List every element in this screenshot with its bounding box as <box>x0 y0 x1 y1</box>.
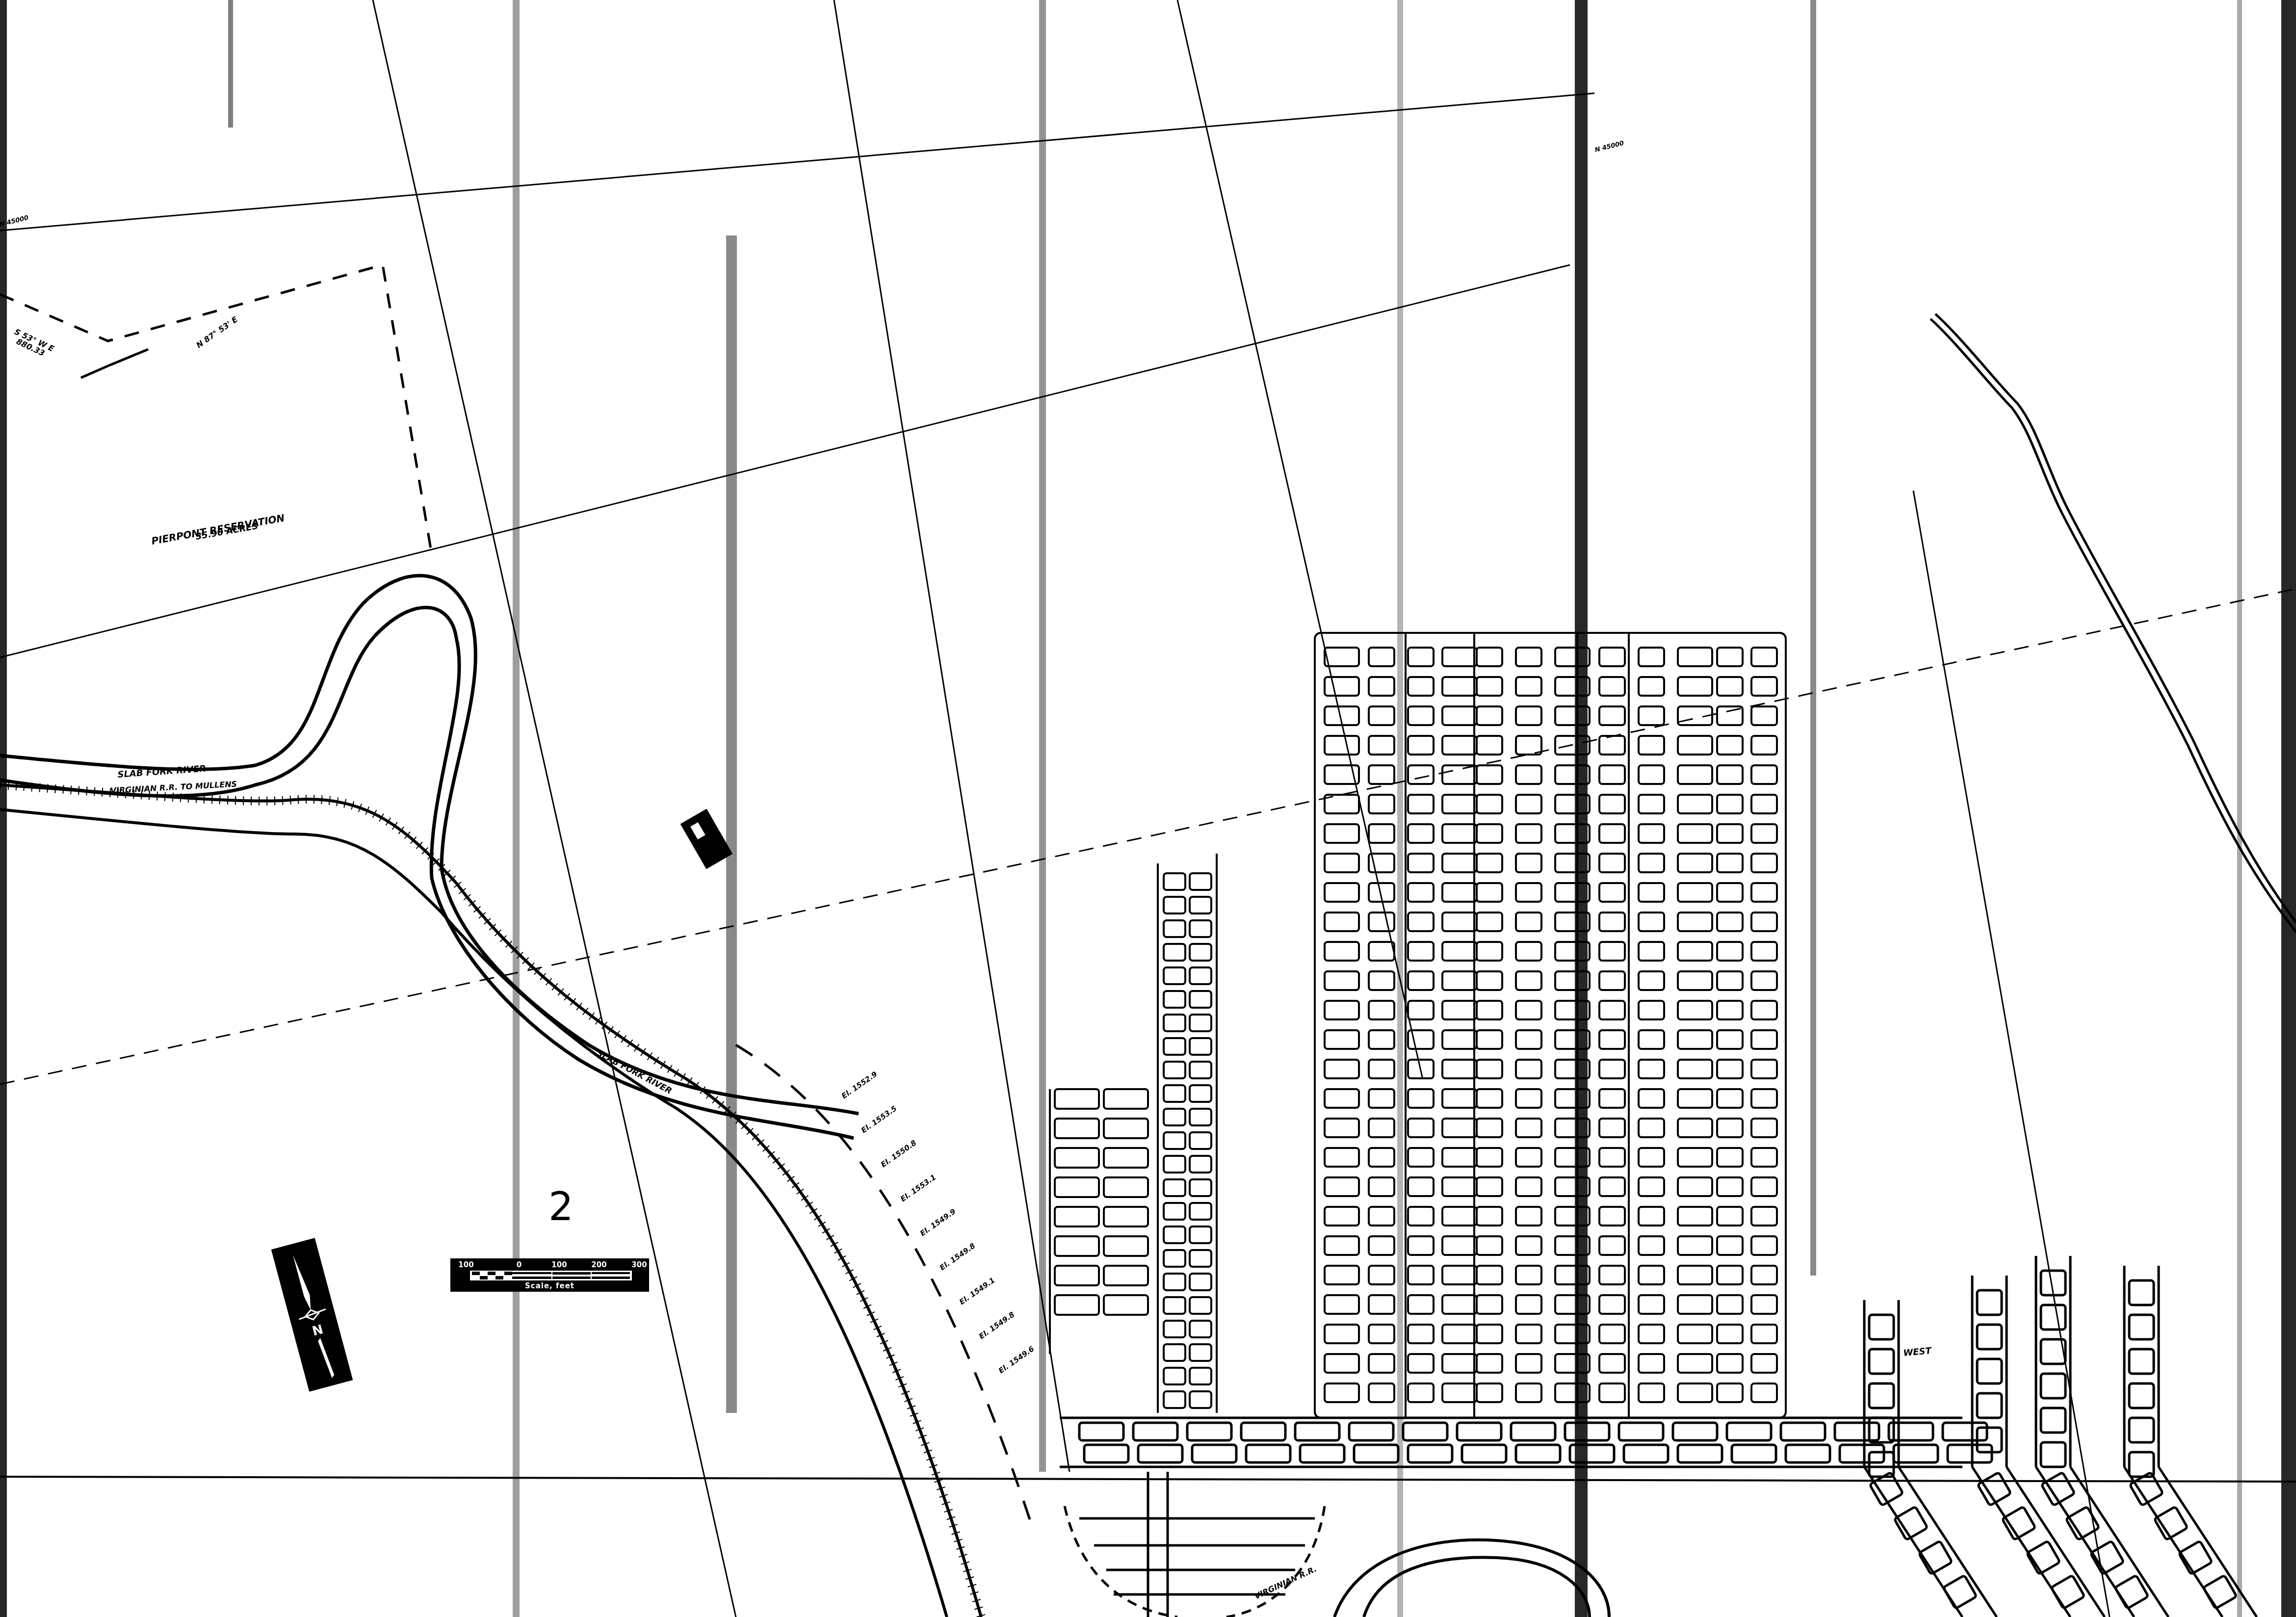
scale-tick: 200 <box>591 1260 606 1269</box>
tipple-structure <box>682 811 731 867</box>
elevation-label: El. 1549.9 <box>918 1207 957 1238</box>
elevation-label: El. 1552.9 <box>840 1069 879 1100</box>
scale-tick: 100 <box>458 1260 473 1269</box>
map-labels: PIERPONT RESERVATION 35.90 ACRES S 53° W… <box>0 140 1932 1601</box>
scale-tick: 300 <box>631 1260 647 1269</box>
scale-ticks: 100 0 100 200 300 <box>450 1260 649 1269</box>
projected-layout <box>1065 1472 1325 1617</box>
sheet-number: 2 <box>548 1187 574 1226</box>
west-entry-label: WEST <box>1903 1346 1933 1358</box>
scale-bar-graphic <box>470 1271 632 1280</box>
river-label-2: SLAB FORK RIVER <box>595 1048 674 1096</box>
river-lower-loop <box>1334 1540 1609 1617</box>
elevation-label: El. 1549.6 <box>997 1344 1036 1375</box>
scale-tick: 100 <box>551 1260 567 1269</box>
scale-bar: 100 0 100 200 300 Scale, feet <box>450 1258 649 1292</box>
elevation-label: El. 1549.8 <box>977 1310 1016 1341</box>
elevation-label: El. 1550.8 <box>879 1138 918 1169</box>
elevation-labels: El. 1552.9El. 1553.5El. 1550.8El. 1553.1… <box>840 1069 1036 1375</box>
scale-unit-label: Scale, feet <box>450 1281 649 1290</box>
north-label: N <box>311 1322 325 1339</box>
pierpont-reservation-boundary <box>0 265 432 554</box>
elevation-label: El. 1549.1 <box>958 1276 996 1306</box>
elevation-label: El. 1549.8 <box>938 1241 977 1272</box>
mine-workings-right-diagonal <box>1864 1256 2257 1617</box>
elevation-label: El. 1553.5 <box>860 1104 898 1135</box>
elevation-label: El. 1553.1 <box>899 1173 938 1203</box>
scale-tick: 0 <box>517 1260 522 1269</box>
main-haulage-entries <box>1060 1418 1992 1467</box>
bearing-label-2: N 87° 53' E <box>194 314 239 350</box>
mine-workings-left <box>1050 854 1217 1413</box>
coordinate-label-right: N 45000 <box>1594 140 1624 154</box>
mine-workings-main <box>1315 633 1786 1418</box>
